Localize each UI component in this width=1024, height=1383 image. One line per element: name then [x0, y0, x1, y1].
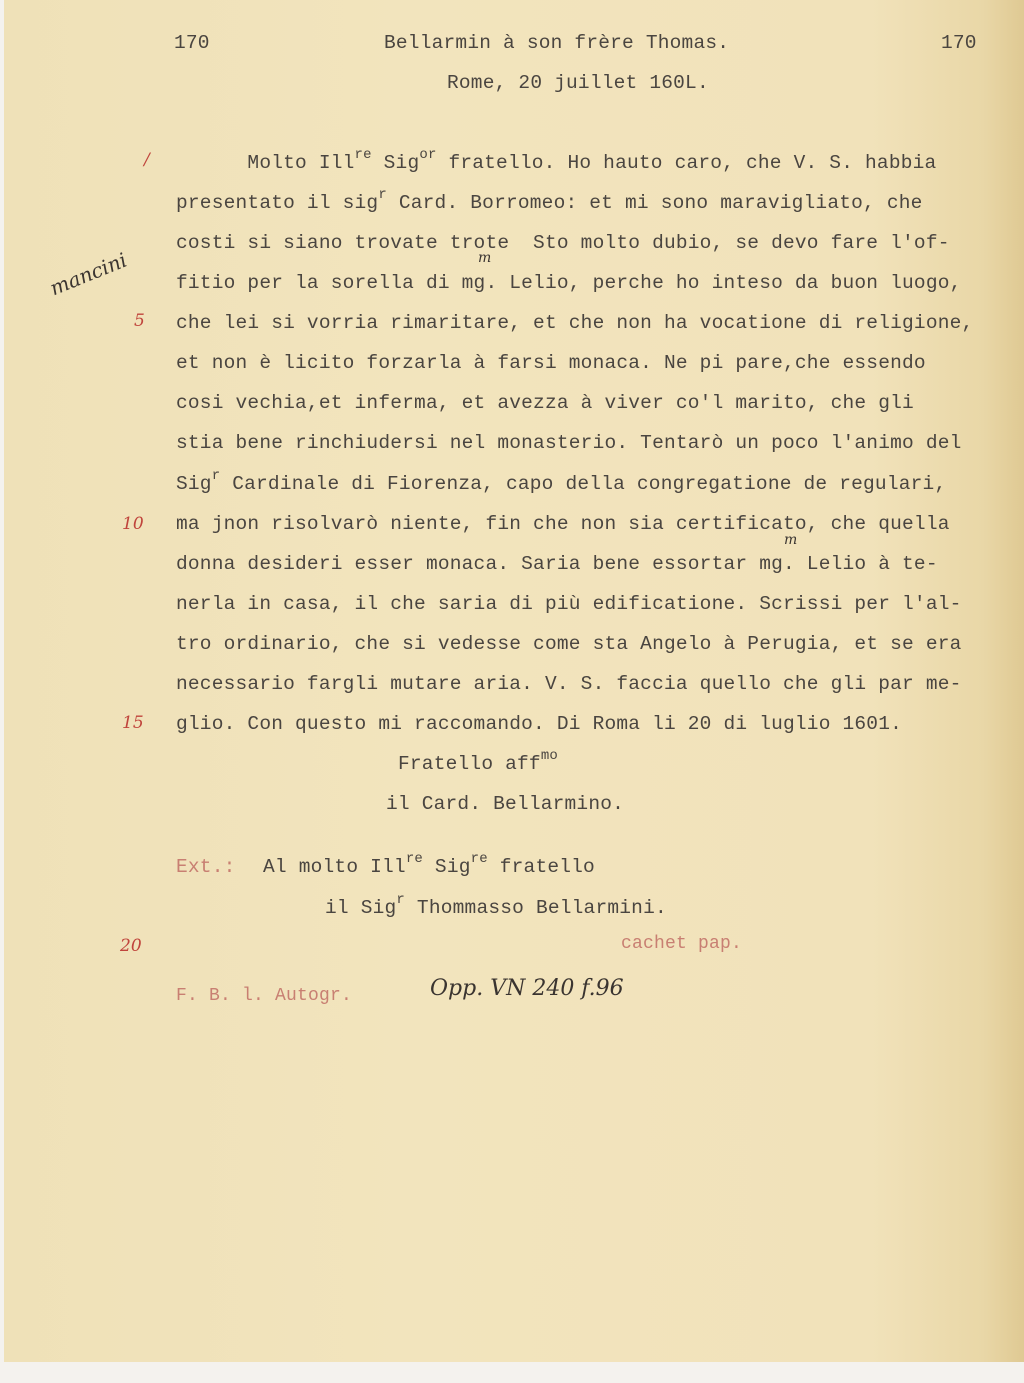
- place-date: Rome, 20 juillet 160L.: [447, 71, 709, 95]
- source-note: F. B. l. Autogr.: [176, 984, 352, 1008]
- handwritten-margin-note: mancini: [46, 248, 130, 300]
- letter-line: Molto Illre Sigor fratello. Ho hauto car…: [176, 151, 936, 175]
- letter-line: Sigr Cardinale di Fiorenza, capo della c…: [176, 472, 946, 496]
- letter-line: che lei si vorria rimaritare, et che non…: [176, 311, 973, 335]
- signature: il Card. Bellarmino.: [386, 792, 624, 816]
- line-number-20: 20: [120, 936, 142, 956]
- letter-line: glio. Con questo mi raccomando. Di Roma …: [176, 712, 902, 736]
- letter-line: cosi vechia,et inferma, et avezza à vive…: [176, 391, 914, 415]
- seal-note: cachet pap.: [621, 932, 742, 956]
- letter-line: nerla in casa, il che saria di più edifi…: [176, 592, 962, 616]
- document-page: 170 Bellarmin à son frère Thomas. 170 Ro…: [4, 0, 1024, 1362]
- letter-line: costi si siano trovate trote Sto molto d…: [176, 231, 950, 255]
- page-number-right: 170: [941, 31, 977, 55]
- handwritten-reference: Opp. VN 240 f.96: [430, 976, 624, 1001]
- closing: Fratello affmo: [398, 752, 558, 776]
- page-title: Bellarmin à son frère Thomas.: [384, 31, 729, 55]
- letter-line: necessario fargli mutare aria. V. S. fac…: [176, 672, 962, 696]
- line-number-1: /: [144, 150, 150, 170]
- line-number-5: 5: [134, 311, 145, 331]
- letter-line: fitio per la sorella di mg. Lelio, perch…: [176, 271, 962, 295]
- letter-line: tro ordinario, che si vedesse come sta A…: [176, 632, 962, 656]
- letter-line: et non è licito forzarla à farsi monaca.…: [176, 351, 926, 375]
- address-line-2: il Sigr Thommasso Bellarmini.: [325, 896, 667, 920]
- address-line-1: Al molto Illre Sigre fratello: [263, 855, 595, 879]
- address-label: Ext.:: [176, 855, 236, 879]
- letter-line: stia bene rinchiudersi nel monasterio. T…: [176, 431, 962, 455]
- line-number-10: 10: [122, 514, 144, 534]
- letter-line: ma jnon risolvarò niente, fin che non si…: [176, 512, 950, 536]
- letter-line: presentato il sigr Card. Borromeo: et mi…: [176, 191, 923, 215]
- page-number-left: 170: [174, 31, 210, 55]
- letter-line: donna desideri esser monaca. Saria bene …: [176, 552, 938, 576]
- line-number-15: 15: [122, 713, 144, 733]
